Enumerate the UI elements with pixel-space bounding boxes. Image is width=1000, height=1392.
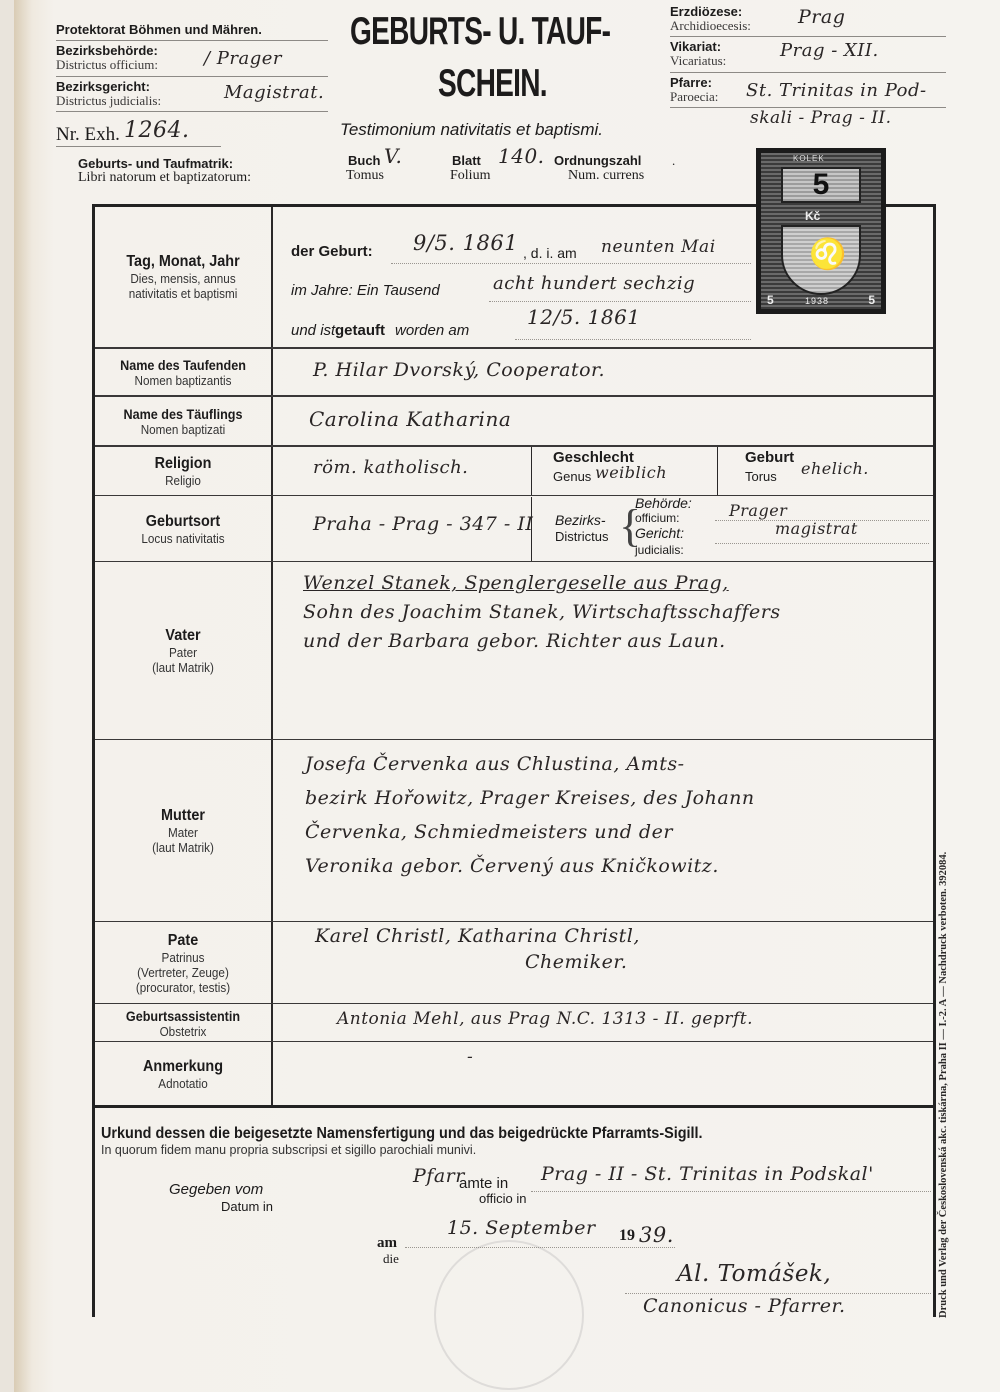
baptizer-value: P. Hilar Dvorský, Cooperator. xyxy=(313,359,605,381)
district-label-de: Bezirks- xyxy=(555,512,606,528)
row-label-mother: Mutter Mater (laut Matrik) xyxy=(95,741,271,921)
district-court-value: Magistrat. xyxy=(224,82,324,103)
record-table: Tag, Monat, Jahr Dies, mensis, annus nat… xyxy=(92,204,936,1317)
row-label-midwife: Geburtsassistentin Obstetrix xyxy=(95,1005,271,1041)
certificate-page: Protektorat Böhmen und Mähren. Bezirksbe… xyxy=(14,0,1000,1392)
office-value: Prager xyxy=(729,501,787,520)
baptism-prefix-bold: getauft xyxy=(335,322,385,339)
baptism-prefix-1: und ist xyxy=(291,322,335,339)
office-prefix-hand: Pfarr xyxy=(413,1165,465,1187)
book-value: V. xyxy=(384,144,402,168)
given-label-la: Datum in xyxy=(221,1199,273,1214)
religion-value: röm. katholisch. xyxy=(313,457,468,478)
birth-date: 9/5. 1861 xyxy=(413,231,518,255)
printer-imprint: Druck und Verlag der Československá akc.… xyxy=(938,852,949,1318)
register-label-la: Libri natorum et baptizatorum: xyxy=(78,170,251,186)
title-line-2: SCHEIN. xyxy=(438,64,547,104)
subtitle: Testimonium nativitatis et baptismi. xyxy=(340,120,603,140)
row-label-birthplace: Geburtsort Locus nativitatis xyxy=(95,497,271,561)
vicariate-value: Prag - XII. xyxy=(780,40,879,61)
folio-label-la: Folium xyxy=(450,168,490,184)
book-label-de: Buch xyxy=(348,153,381,168)
number-label-la: Num. currens xyxy=(568,168,644,184)
given-label-de: Gegeben vom xyxy=(169,1181,263,1198)
exh-value: 1264. xyxy=(124,118,189,143)
row-label-date: Tag, Monat, Jahr Dies, mensis, annus nat… xyxy=(95,207,271,347)
vicariate-label: Vikariat: Vicariatus: xyxy=(670,40,726,67)
row-label-religion: Religion Religio xyxy=(95,447,271,495)
mother-value: Josefa Červenka aus Chlustina, Amts- bez… xyxy=(305,747,755,883)
office-label-la: officium: xyxy=(635,511,679,525)
birthplace-value: Praha - Prag - 347 - II xyxy=(313,513,533,535)
birth-prefix: der Geburt: xyxy=(291,243,373,260)
date-label-de: am xyxy=(377,1235,397,1252)
book-label-la: Tomus xyxy=(346,168,384,184)
year-prefix: im Jahre: Ein Tausend xyxy=(291,282,440,299)
birth-legit-label-de: Geburt xyxy=(745,449,794,466)
number-label-de: Ordnungszahl xyxy=(554,153,641,168)
row-label-baptized: Name des Täuflings Nomen baptizati xyxy=(95,397,271,445)
birth-legit-label-la: Torus xyxy=(745,469,777,484)
office-label-la: officio in xyxy=(479,1191,526,1206)
date-value: 15. September xyxy=(447,1217,596,1239)
district-office-value: / Prager xyxy=(204,48,282,69)
parish-label: Pfarre: Paroecia: xyxy=(670,76,718,103)
number-value: . xyxy=(672,153,675,169)
office-label-de: amte in xyxy=(459,1175,508,1192)
signature-name: Al. Tomášek, xyxy=(677,1261,831,1287)
district-office-label: Bezirksbehörde: Districtus officium: xyxy=(56,44,158,71)
date-label-la: die xyxy=(383,1251,399,1267)
father-value: Wenzel Stanek, Spenglergeselle aus Prag,… xyxy=(303,569,781,656)
sex-label-la: Genus xyxy=(553,469,591,484)
sex-value: weiblich xyxy=(595,463,667,482)
folio-value: 140. xyxy=(498,144,545,168)
remark-value: - xyxy=(467,1047,473,1067)
godparent-line1: Karel Christl, Katharina Christl, xyxy=(315,925,640,947)
parish-value-line2: skali - Prag - II. xyxy=(750,108,892,128)
date-year-hand: 39. xyxy=(639,1223,674,1247)
row-label-godparent: Pate Patrinus (Vertreter, Zeuge) (procur… xyxy=(95,923,271,1003)
stamp-currency: Kč xyxy=(805,209,820,223)
lion-shield-icon: ♌ xyxy=(781,225,861,295)
midwife-value: Antonia Mehl, aus Prag N.C. 1313 - II. g… xyxy=(337,1009,753,1029)
archdiocese-label: Erzdiözese: Archidioecesis: xyxy=(670,5,751,32)
date-year-printed: 19 xyxy=(619,1227,635,1245)
folio-label-de: Blatt xyxy=(452,153,481,168)
title-line-1: GEBURTS- U. TAUF- xyxy=(350,12,610,52)
office-label-de: Behörde: xyxy=(635,495,692,511)
baptism-date: 12/5. 1861 xyxy=(527,305,641,329)
parish-value-line1: St. Trinitas in Pod- xyxy=(746,80,927,101)
stamp-value: 5 xyxy=(813,168,830,201)
row-label-baptizer: Name des Taufenden Nomen baptizantis xyxy=(95,349,271,395)
exh-label: Nr. Exh. xyxy=(56,124,120,146)
row-label-father: Vater Pater (laut Matrik) xyxy=(95,563,271,739)
court-label-la: judicialis: xyxy=(635,543,684,557)
protectorate-label: Protektorat Böhmen und Mähren. xyxy=(56,22,262,37)
office-value: Prag - II - St. Trinitas in Podskal' xyxy=(541,1163,874,1185)
revenue-stamp: KOLEK 5 Kč ♌ 5 1938 5 xyxy=(756,148,886,314)
godparent-line2: Chemiker. xyxy=(525,951,627,973)
year-words: acht hundert sechzig xyxy=(493,273,695,294)
court-value: magistrat xyxy=(775,519,858,538)
register-label-de: Geburts- und Taufmatrik: xyxy=(78,156,233,171)
archdiocese-value: Prag xyxy=(798,6,845,28)
row-label-remark: Anmerkung Adnotatio xyxy=(95,1043,271,1105)
birth-day-words: neunten Mai xyxy=(601,237,716,257)
court-label-de: Gericht: xyxy=(635,525,684,541)
baptism-prefix-2: worden am xyxy=(395,322,469,339)
birth-legit-value: ehelich. xyxy=(801,459,869,478)
di-am-label: , d. i. am xyxy=(523,245,577,261)
baptized-value: Carolina Katharina xyxy=(309,407,511,431)
parish-seal-impression xyxy=(434,1240,584,1390)
attest-la: In quorum fidem manu propria subscripsi … xyxy=(101,1143,476,1157)
district-court-label: Bezirksgericht: Districtus judicialis: xyxy=(56,80,161,107)
attest-de: Urkund dessen die beigesetzte Namensfert… xyxy=(101,1125,703,1143)
signature-title: Canonicus - Pfarrer. xyxy=(643,1295,846,1317)
district-label-la: Districtus xyxy=(555,529,608,544)
